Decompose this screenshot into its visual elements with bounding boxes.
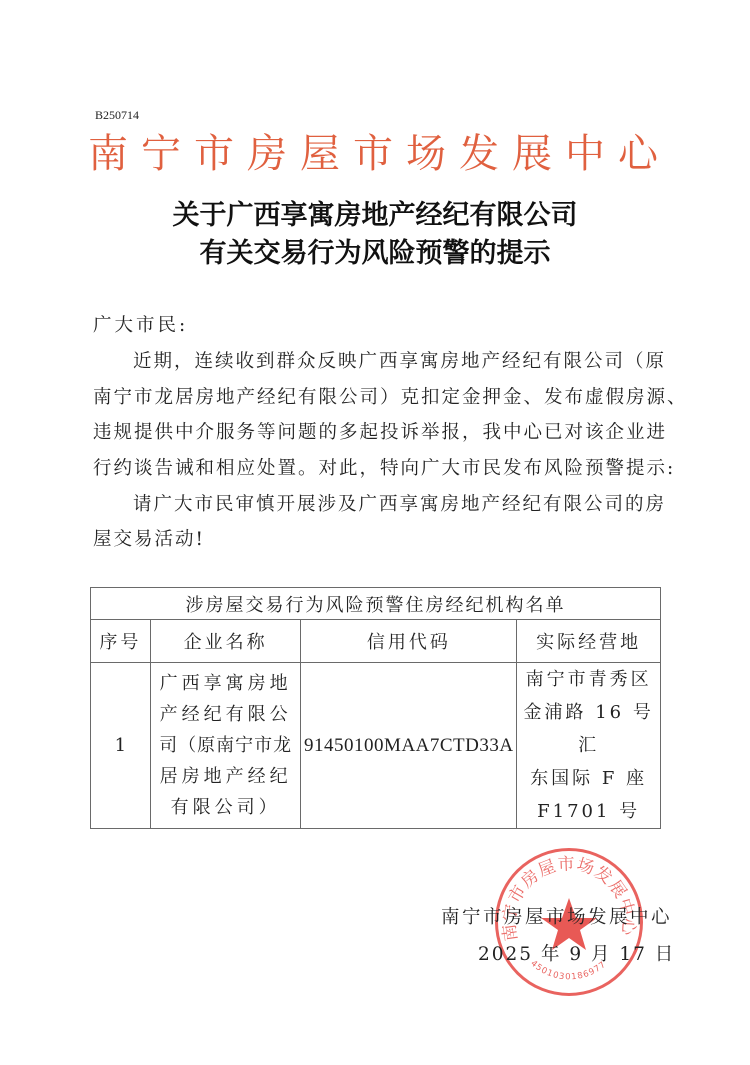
address-line: F1701 号 — [517, 795, 660, 828]
column-header-company: 企业名称 — [150, 620, 301, 663]
company-line: 司（原南宁市龙 — [155, 730, 297, 761]
company-line: 居房地产经纪 — [155, 761, 297, 792]
cell-address: 南宁市青秀区 金浦路 16 号汇 东国际 F 座 F1701 号 — [517, 663, 661, 829]
column-header-credit-code: 信用代码 — [301, 620, 517, 663]
paragraph-1-line-4: 行约谈告诫和相应处置。对此，特向广大市民发布风险预警提示: — [93, 451, 662, 487]
paragraph-1-line-1: 近期，连续收到群众反映广西享寓房地产经纪有限公司（原 — [93, 344, 662, 380]
company-line: 广西享寓房地 — [155, 668, 297, 699]
address-line: 南宁市青秀区 — [517, 663, 660, 696]
company-line: 有限公司） — [155, 792, 297, 823]
paragraph-2-line-1: 请广大市民审慎开展涉及广西享寓房地产经纪有限公司的房 — [93, 487, 662, 523]
paragraph-2-line-2: 屋交易活动! — [93, 522, 662, 558]
cell-credit-code: 91450100MAA7CTD33A — [301, 663, 517, 829]
paragraph-1-line-2: 南宁市龙居房地产经纪有限公司）克扣定金押金、发布虚假房源、 — [93, 380, 662, 416]
address-line: 东国际 F 座 — [517, 762, 660, 795]
subject-line-1: 关于广西享寓房地产经纪有限公司 — [0, 196, 750, 236]
company-line: 产经纪有限公 — [155, 699, 297, 730]
document-code: B250714 — [95, 108, 139, 123]
salutation: 广大市民: — [93, 308, 662, 344]
cell-company: 广西享寓房地 产经纪有限公 司（原南宁市龙 居房地产经纪 有限公司） — [150, 663, 301, 829]
risk-warning-table: 涉房屋交易行为风险预警住房经纪机构名单 序号 企业名称 信用代码 实际经营地 1… — [90, 587, 661, 829]
table-header-row: 序号 企业名称 信用代码 实际经营地 — [91, 620, 661, 663]
column-header-address: 实际经营地 — [517, 620, 661, 663]
paragraph-1-line-3: 违规提供中介服务等问题的多起投诉举报，我中心已对该企业进 — [93, 415, 662, 451]
column-header-index: 序号 — [91, 620, 151, 663]
table-row: 1 广西享寓房地 产经纪有限公 司（原南宁市龙 居房地产经纪 有限公司） 914… — [91, 663, 661, 829]
issuer-heading: 南宁市房屋市场发展中心 — [88, 128, 664, 180]
table-caption: 涉房屋交易行为风险预警住房经纪机构名单 — [91, 588, 661, 620]
cell-index: 1 — [91, 663, 151, 829]
footer-issuer: 南宁市房屋市场发展中心 — [441, 903, 672, 929]
subject-line-2: 有关交易行为风险预警的提示 — [0, 234, 750, 274]
footer-date: 2025 年 9 月 17 日 — [478, 940, 675, 966]
address-line: 金浦路 16 号汇 — [517, 696, 660, 762]
